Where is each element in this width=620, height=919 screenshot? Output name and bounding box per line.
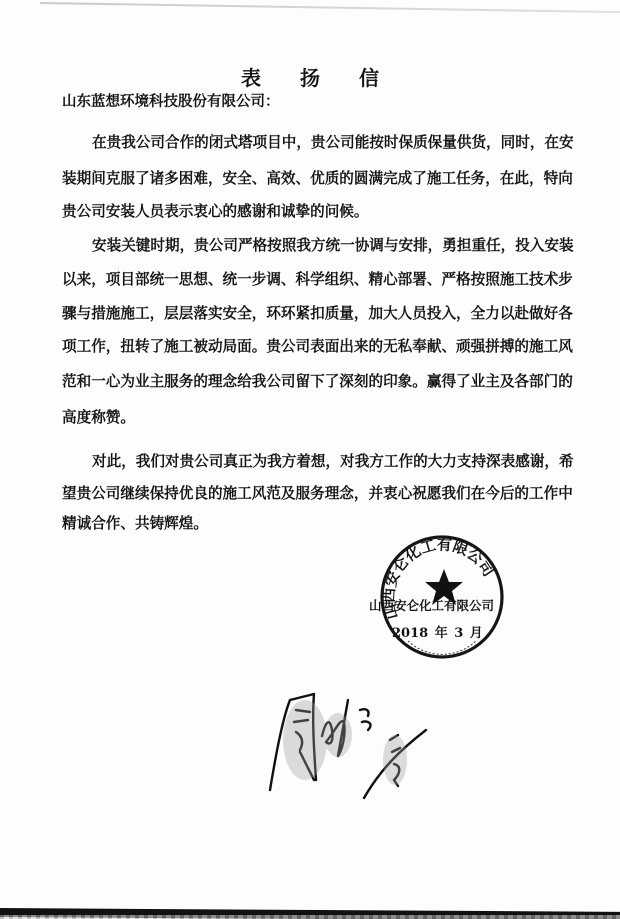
body-line: 精诚合作、共铸辉煌。 (62, 515, 524, 533)
body-line: 骤与措施施工，层层落实安全，环环紧扣质量，加大人员投入，全力以赴做好各 (62, 305, 524, 323)
body-line: 望贵公司继续保持优良的施工风范及服务理念，并衷心祝愿我们在今后的工作中 (62, 485, 524, 503)
body-line: 范和一心为业主服务的理念给我公司留下了深刻的印象。赢得了业主及各部门的 (62, 373, 524, 391)
body-line: 装期间克服了诸多困难，安全、高效、优质的圆满完成了施工任务，在此，特向 (62, 170, 524, 188)
signature-icon (230, 680, 430, 800)
scan-edge-bottom-noise (0, 915, 620, 919)
body-line: 项工作，扭转了施工被动局面。贵公司表面出来的无私奉献、顽强拼搏的施工风 (62, 338, 524, 356)
document-title: 表 扬 信 (0, 62, 620, 91)
body-line: 在贵我公司合作的闭式塔项目中，贵公司能按时保质保量供货，同时，在安 (92, 134, 524, 152)
scan-edge-top (40, 2, 620, 13)
body-line: 以来，项目部统一思想、统一步调、科学组织、精心部署、严格按照施工技术步 (62, 271, 524, 289)
body-line: 安装关键时期，贵公司严格按照我方统一协调与安排，勇担重任，投入安装 (92, 237, 524, 255)
salutation: 山东蓝想环境科技股份有限公司： (62, 90, 280, 111)
body-line: 高度称赞。 (62, 409, 524, 427)
sender-company: 山西安仑化工有限公司 (369, 596, 494, 614)
body-line: 贵公司安装人员表示衷心的感谢和诚挚的问候。 (62, 203, 524, 221)
sender-date: 2018 年 3 月 (392, 622, 483, 641)
body-line: 对此，我们对贵公司真正为我方着想，对我方工作的大力支持深表感谢，希 (92, 453, 524, 471)
